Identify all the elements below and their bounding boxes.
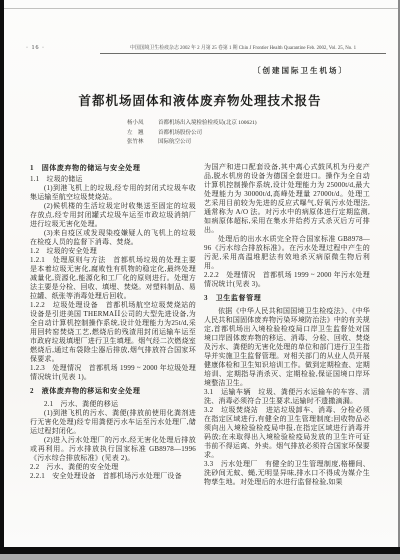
journal-header: 中国国境卫生检疫杂志 2002 年 2 月第 25 卷第 1 期 Chin J … [100, 44, 386, 54]
paragraph: 2.2.1 安全处理设备 首都机场污水处理厂设备 [30, 472, 196, 481]
paragraph: 为国产和进口配套设备,其中离心式鼓风机为丹麦产品,脱水机房的设备为德国全套进口。… [204, 163, 370, 235]
paragraph: 依据《中华人民共和国国境卫生检疫法》、《中华人民共和国固体废弃物污染环境防治法》… [204, 307, 370, 388]
section-heading: 1.1 垃圾的储运 [30, 175, 196, 184]
author-affiliation: 首都机场出入境检验检疫局(北京 100621) [158, 119, 257, 129]
scan-page: · 16 · 中国国境卫生检疫杂志 2002 年 2 月第 25 卷第 1 期 … [0, 0, 400, 547]
section-heading: 2 液体废弃物的移运和安全处理 [30, 387, 196, 396]
paragraph: 1.2.2 垃圾处理设备 首都机场航空垃圾焚烧站的设备是引进美国 THERMAⅠ… [30, 301, 196, 364]
section-heading: 1 固体废弃物的储运与安全处理 [30, 164, 196, 173]
paragraph: 1.2.1 处理原则与方法 首都机场垃圾的处理主要是本着垃圾无害化,腐败性有机物… [30, 256, 196, 301]
author-affiliation: 国际航空公司 [158, 138, 191, 148]
page-top-rule [4, 8, 400, 9]
paragraph: 3.1 运输车辆 垃圾、粪便污水运输车的车容、清洗、消毒必须符合卫生要求,运输时… [204, 388, 370, 406]
author-name: 张竹林 [127, 138, 149, 148]
scan-edge-bottom [0, 547, 400, 554]
scan-edge-strip [0, 554, 400, 560]
paragraph: 1.2.3 处理情况 首都机场 1999 ~ 2000 年垃圾处理情况统计(见表… [30, 364, 196, 382]
section-heading: 1.2 垃圾的安全处理 [30, 247, 196, 256]
scan-edge-left [0, 0, 4, 554]
paragraph: 处理后的出水水质完全符合国家标准 GB8978—96《污水综合排放标准》。在污水… [204, 235, 370, 271]
section-heading: 3 卫生监督管理 [204, 294, 370, 303]
author-list: 杨小凤 首都机场出入境检验检疫局(北京 100621) 左 翘 首都机场股份公司… [127, 119, 347, 148]
author-affiliation: 首都机场股份公司 [158, 129, 202, 139]
article-body: 1 固体废弃物的储运与安全处理1.1 垃圾的储运(1)到港飞机上的垃圾,经专用的… [30, 163, 370, 493]
author-name: 左 翘 [127, 129, 149, 139]
paragraph: (2)进入污水处理厂的污水,经无害化处理后排放或再利用。污水排放执行国家标准 G… [30, 436, 196, 463]
page-number: · 16 · [26, 45, 45, 51]
paragraph: (3)来自疫区或发现染疫嫌疑人的飞机上的垃圾在检疫人员的监督下消毒、焚烧。 [30, 229, 196, 247]
section-heading: 2.2 污水、粪便的安全处理 [30, 463, 196, 472]
section-heading: 2.1 污水、粪便的移运 [30, 400, 196, 409]
author-row: 左 翘 首都机场股份公司 [127, 129, 347, 139]
paragraph: 3.3 污水处理厂 有健全的卫生管理制度,格栅间、洗砂间无蚊、蝇,无明显异味,排… [204, 460, 370, 487]
paragraph: 3.2 垃圾焚烧站 进站垃圾卸车、消毒、分检必须在指定区域进行,有健全的卫生管理… [204, 406, 370, 460]
paragraph: 2.2.2 处理情况 首都机场 1999 ~ 2000 年污水处理情况统计(见表… [204, 271, 370, 289]
article-title: 首都机场固体和液体废弃物处理技术报告 [30, 91, 370, 109]
paragraph: (1)到港飞机的污水、粪便(排放前使用化粪剂进行无害化处理)经专用粪便污水车运至… [30, 409, 196, 436]
left-column: 1 固体废弃物的储运与安全处理1.1 垃圾的储运(1)到港飞机上的垃圾,经专用的… [30, 163, 196, 493]
right-column: 为国产和进口配套设备,其中离心式鼓风机为丹麦产品,脱水机房的设备为德国全套进口。… [204, 163, 370, 493]
series-note: 〔创建国际卫生机场〕 [253, 65, 348, 76]
author-name: 杨小凤 [127, 119, 149, 129]
paragraph: (2)候机楼的生活垃圾定时收集送至固定的垃圾存放点,经专用封闭罐式垃圾车运至市政… [30, 202, 196, 229]
author-row: 杨小凤 首都机场出入境检验检疫局(北京 100621) [127, 119, 347, 129]
author-row: 张竹林 国际航空公司 [127, 138, 347, 148]
paragraph: (1)到港飞机上的垃圾,经专用的封闭式垃圾车收集运输至航空垃圾焚烧站。 [30, 184, 196, 202]
